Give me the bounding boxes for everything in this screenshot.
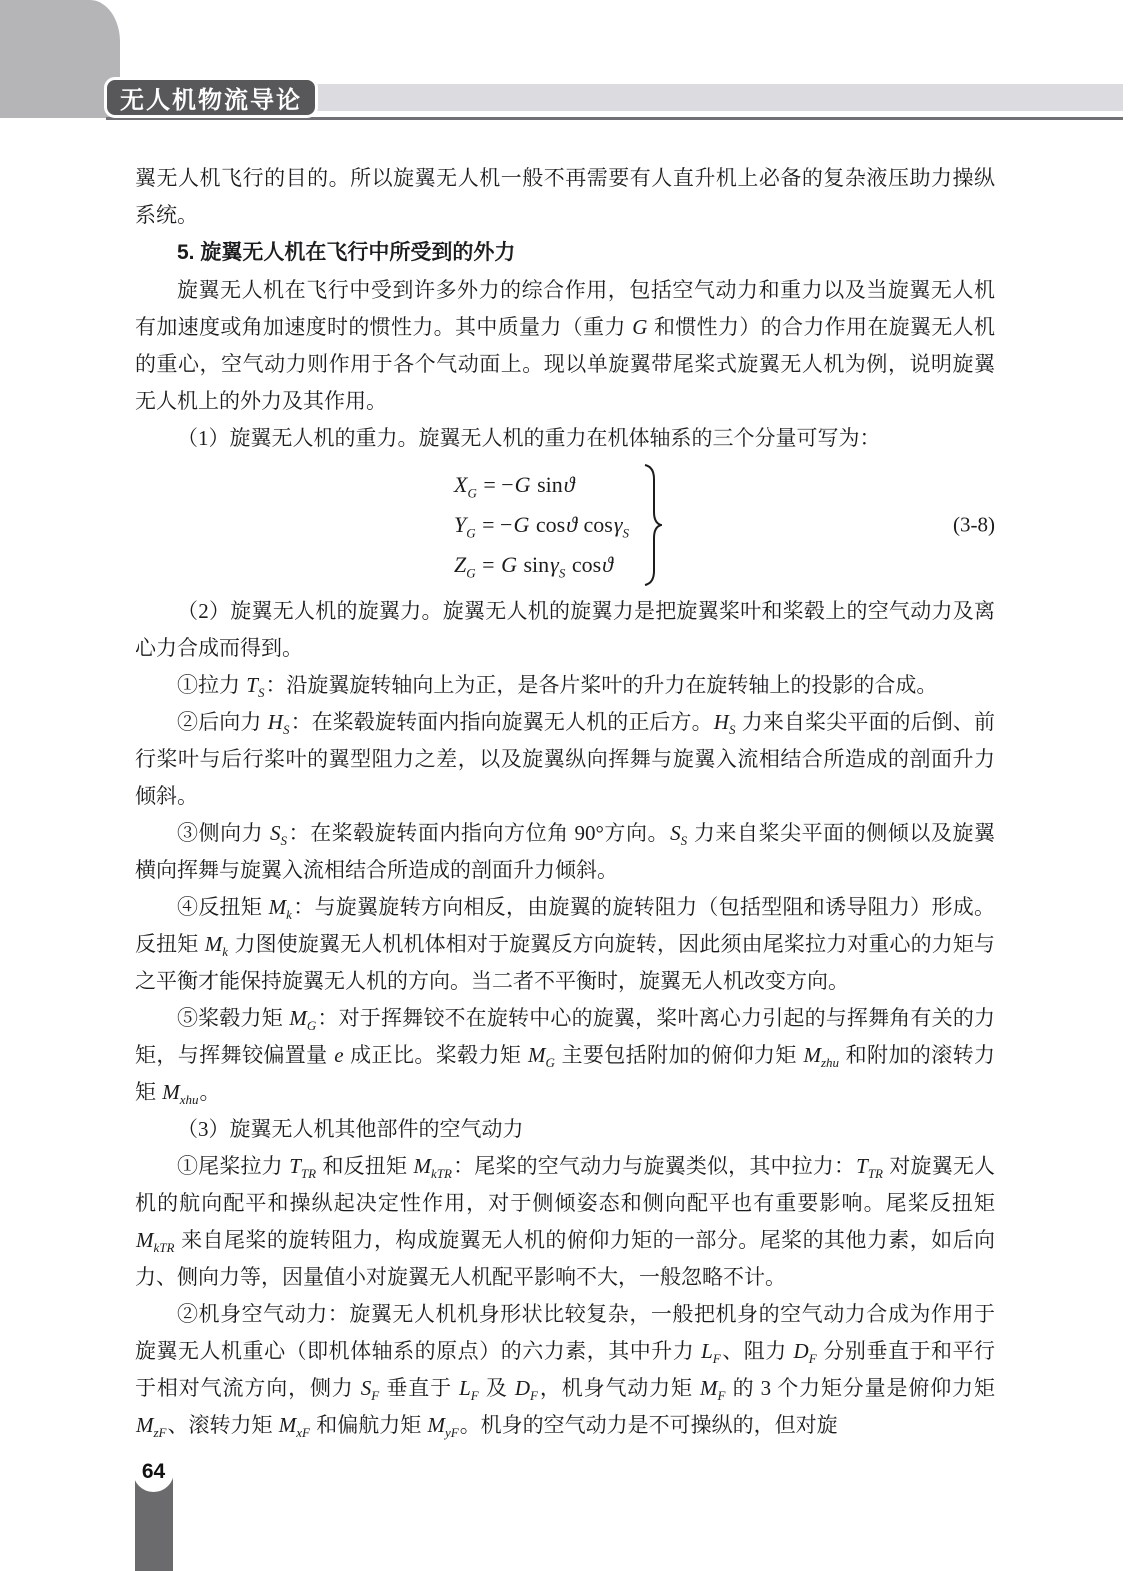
math-variable: MxF [278, 1413, 311, 1437]
paragraph: ①拉力 TS：沿旋翼旋转轴向上为正，是各片桨叶的升力在旋转轴上的投影的合成。 [135, 667, 995, 704]
paragraph: ③侧向力 SS：在桨毂旋转面内指向方位角 90°方向。SS 力来自桨尖平面的侧倾… [135, 815, 995, 889]
math-variable: Mxhu [161, 1080, 199, 1104]
page-number: 64 [142, 1460, 165, 1484]
paragraph: ④反扭矩 Mk：与旋翼旋转方向相反，由旋翼的旋转阻力（包括型阻和诱导阻力）形成。… [135, 889, 995, 1000]
book-title-badge: 无人机物流导论 [104, 77, 318, 118]
math-variable: ϑ [565, 512, 578, 537]
math-variable: SS [669, 821, 688, 845]
math-variable: Mzhu [802, 1043, 840, 1067]
math-variable: ϑ [601, 552, 614, 577]
math-variable: DF [793, 1339, 818, 1363]
book-title: 无人机物流导论 [120, 80, 302, 115]
equation: XG = −G sinϑYG = −G cosϑ cosγSZG = G sin… [135, 457, 995, 593]
paragraph: 翼无人机飞行的目的。所以旋翼无人机一般不再需要有人直升机上必备的复杂液压助力操纵… [135, 160, 995, 234]
math-variable: TTR [855, 1154, 884, 1178]
paragraph: ②机身空气动力：旋翼无人机机身形状比较复杂，一般把机身的空气动力合成为作用于旋翼… [135, 1296, 995, 1444]
corner-decoration [0, 0, 120, 118]
body-text: 翼无人机飞行的目的。所以旋翼无人机一般不再需要有人直升机上必备的复杂液压助力操纵… [135, 160, 995, 1444]
equation-row: ZG = G sinγS cosϑ [453, 545, 630, 585]
paragraph: ①尾桨拉力 TTR 和反扭矩 MkTR：尾桨的空气动力与旋翼类似，其中拉力：TT… [135, 1148, 995, 1296]
section-heading: 5. 旋翼无人机在飞行中所受到的外力 [135, 234, 995, 272]
paragraph: （2）旋翼无人机的旋翼力。旋翼无人机的旋翼力是把旋翼桨叶和桨毂上的空气动力及离心… [135, 593, 995, 667]
equation-row: XG = −G sinϑ [453, 465, 630, 505]
book-page: 无人机物流导论 翼无人机飞行的目的。所以旋翼无人机一般不再需要有人直升机上必备的… [0, 0, 1128, 1571]
math-variable: G [500, 552, 518, 577]
paragraph: ⑤桨毂力矩 MG：对于挥舞铰不在旋转中心的旋翼，桨叶离心力引起的与挥舞角有关的力… [135, 1000, 995, 1111]
paragraph: （3）旋翼无人机其他部件的空气动力 [135, 1111, 995, 1148]
math-variable: SF [360, 1376, 380, 1400]
math-variable: HS [713, 710, 737, 734]
paragraph: （1）旋翼无人机的重力。旋翼无人机的重力在机体轴系的三个分量可写为： [135, 420, 995, 457]
math-variable: MyF [426, 1413, 459, 1437]
math-variable: MG [288, 1006, 317, 1030]
math-variable: TTR [288, 1154, 317, 1178]
math-variable: γS [549, 552, 566, 577]
math-variable: MzF [135, 1413, 168, 1437]
page-number-circle: 64 [133, 1451, 174, 1492]
math-variable: XG [453, 472, 478, 497]
math-variable: HS [267, 710, 291, 734]
math-variable: DF [514, 1376, 539, 1400]
math-variable: ZG [453, 552, 477, 577]
paragraph: 旋翼无人机在飞行中受到许多外力的综合作用，包括空气动力和重力以及当旋翼无人机有加… [135, 272, 995, 420]
math-variable: MkTR [413, 1154, 453, 1178]
math-variable: SS [269, 821, 288, 845]
math-variable: G [514, 472, 532, 497]
math-variable: MG [527, 1043, 556, 1067]
equation-rows: XG = −G sinϑYG = −G cosϑ cosγSZG = G sin… [453, 465, 630, 585]
math-variable: G [512, 512, 530, 537]
paragraph: ②后向力 HS：在桨毂旋转面内指向旋翼无人机的正后方。HS 力来自桨尖平面的后倒… [135, 704, 995, 815]
math-variable: LF [700, 1339, 722, 1363]
math-variable: Mk [268, 895, 293, 919]
math-variable: e [333, 1043, 344, 1067]
math-variable: ϑ [563, 472, 576, 497]
right-brace-glyph [642, 463, 662, 587]
math-variable: YG [453, 512, 477, 537]
math-variable: γS [613, 512, 630, 537]
math-variable: Mk [204, 932, 229, 956]
math-variable: LF [458, 1376, 480, 1400]
math-variable: G [631, 315, 648, 339]
math-variable: MF [699, 1376, 726, 1400]
math-variable: TS [245, 673, 265, 697]
equation-number: (3-8) [953, 507, 995, 544]
math-variable: MkTR [135, 1228, 175, 1252]
equation-row: YG = −G cosϑ cosγS [453, 505, 630, 545]
